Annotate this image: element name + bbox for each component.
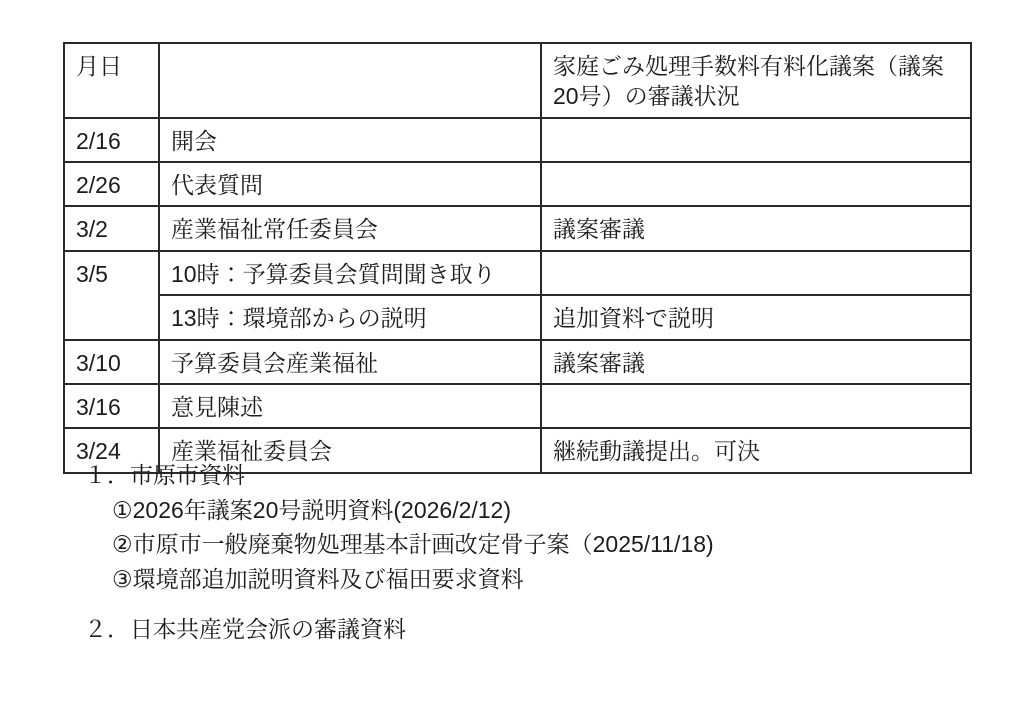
note-item-jcp-materials: ２．日本共産党会派の審議資料 bbox=[84, 612, 714, 647]
note-item-ichihara-materials: １．市原市資料 ①2026年議案20号説明資料(2026/2/12) ②市原市一… bbox=[84, 458, 714, 596]
cell-date: 3/2 bbox=[64, 206, 159, 250]
cell-event: 予算委員会産業福祉 bbox=[159, 340, 541, 384]
note-item-title: １．市原市資料 bbox=[84, 458, 714, 493]
cell-date: 2/26 bbox=[64, 162, 159, 206]
note-subitem-2: ②市原市一般廃棄物処理基本計画改定骨子案（2025/11/18) bbox=[112, 527, 714, 562]
cell-status: 議案審議 bbox=[541, 206, 971, 250]
deliberation-schedule-table: 月日 家庭ごみ処理手数料有料化議案（議案20号）の審議状況 2/16 開会 2/… bbox=[63, 42, 972, 474]
table-row: 2/16 開会 bbox=[64, 118, 971, 162]
table-row: 13時：環境部からの説明 追加資料で説明 bbox=[64, 295, 971, 339]
header-cell-event bbox=[159, 43, 541, 118]
document-page: 月日 家庭ごみ処理手数料有料化議案（議案20号）の審議状況 2/16 開会 2/… bbox=[0, 0, 1024, 709]
cell-event: 開会 bbox=[159, 118, 541, 162]
table-row: 3/5 10時：予算委員会質問聞き取り bbox=[64, 251, 971, 295]
table-header-row: 月日 家庭ごみ処理手数料有料化議案（議案20号）の審議状況 bbox=[64, 43, 971, 118]
cell-status bbox=[541, 384, 971, 428]
cell-status bbox=[541, 162, 971, 206]
cell-event: 代表質問 bbox=[159, 162, 541, 206]
cell-status: 議案審議 bbox=[541, 340, 971, 384]
table-row: 3/2 産業福祉常任委員会 議案審議 bbox=[64, 206, 971, 250]
cell-date-rowspan: 3/5 bbox=[64, 251, 159, 340]
materials-notes: １．市原市資料 ①2026年議案20号説明資料(2026/2/12) ②市原市一… bbox=[84, 458, 714, 647]
cell-event: 10時：予算委員会質問聞き取り bbox=[159, 251, 541, 295]
cell-status bbox=[541, 251, 971, 295]
cell-status: 追加資料で説明 bbox=[541, 295, 971, 339]
cell-status bbox=[541, 118, 971, 162]
table-row: 3/16 意見陳述 bbox=[64, 384, 971, 428]
header-cell-date: 月日 bbox=[64, 43, 159, 118]
cell-event: 産業福祉常任委員会 bbox=[159, 206, 541, 250]
note-item-title: ２．日本共産党会派の審議資料 bbox=[84, 612, 714, 647]
cell-event: 意見陳述 bbox=[159, 384, 541, 428]
cell-date: 3/10 bbox=[64, 340, 159, 384]
note-subitem-1: ①2026年議案20号説明資料(2026/2/12) bbox=[112, 493, 714, 528]
cell-date: 2/16 bbox=[64, 118, 159, 162]
table-row: 2/26 代表質問 bbox=[64, 162, 971, 206]
header-cell-status: 家庭ごみ処理手数料有料化議案（議案20号）の審議状況 bbox=[541, 43, 971, 118]
cell-event: 13時：環境部からの説明 bbox=[159, 295, 541, 339]
note-subitem-3: ③環境部追加説明資料及び福田要求資料 bbox=[112, 562, 714, 597]
table-row: 3/10 予算委員会産業福祉 議案審議 bbox=[64, 340, 971, 384]
cell-date: 3/16 bbox=[64, 384, 159, 428]
